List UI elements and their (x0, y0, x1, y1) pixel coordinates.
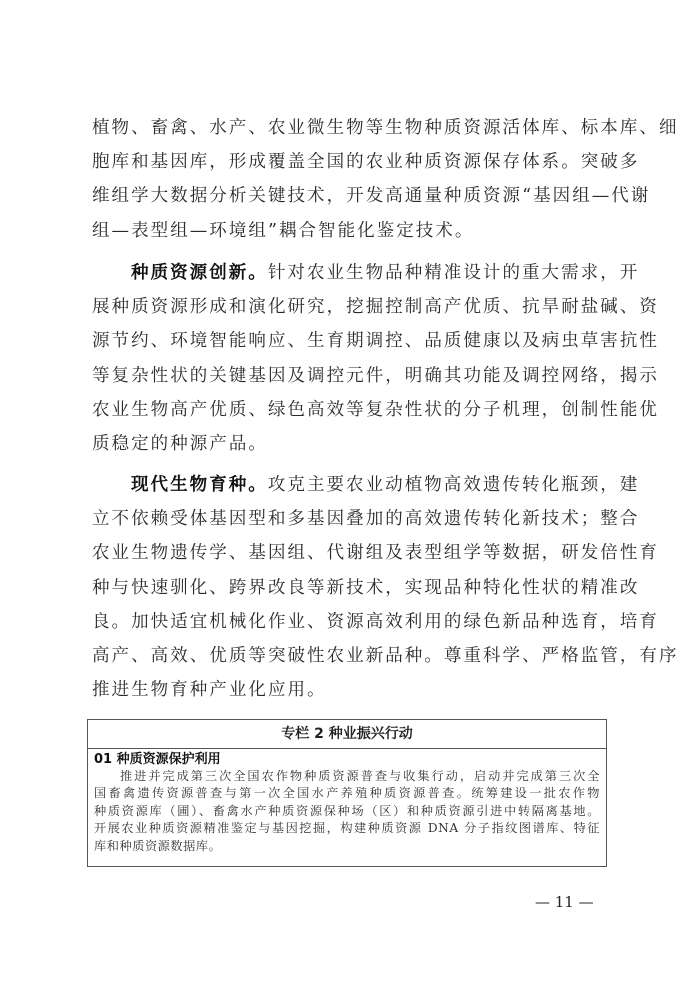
column-box-seed-industry: 专栏 2 种业振兴行动 01 种质资源保护利用 推进并完成第三次全国农作物种质资… (87, 719, 607, 867)
column-item-body: 推进并完成第三次全国农作物种质资源普查与收集行动，启动并完成第三次全 国畜禽遗传… (88, 768, 606, 855)
paragraph-germplasm-preservation: 植物、畜禽、水产、农业微生物等生物种质资源活体库、标本库、细 胞库和基因库，形成… (92, 111, 612, 248)
column-box-title: 专栏 2 种业振兴行动 (88, 720, 606, 749)
text-line: 立不依赖受体基因型和多基因叠加的高效遗传转化新技术；整合 (92, 502, 612, 536)
text-line: 现代生物育种。攻克主要农业动植物高效遗传转化瓶颈，建 (92, 468, 612, 502)
text-line: 农业生物高产优质、绿色高效等复杂性状的分子机理，创制性能优 (92, 393, 612, 427)
section-heading-breeding: 现代生物育种。 (131, 475, 268, 495)
text-line: 良。加快适宜机械化作业、资源高效利用的绿色新品种选育，培育 (92, 605, 612, 639)
text-line: 维组学大数据分析关键技术，开发高通量种质资源“基因组—代谢 (92, 179, 612, 213)
column-item-heading: 01 种质资源保护利用 (88, 749, 606, 768)
text-line: 开展农业种质资源精准鉴定与基因挖掘，构建种质资源 DNA 分子指纹图谱库、特征 (94, 820, 600, 837)
text-line: 推进生物育种产业化应用。 (92, 673, 612, 707)
text-line: 推进并完成第三次全国农作物种质资源普查与收集行动，启动并完成第三次全 (94, 768, 600, 785)
text-line: 高产、高效、优质等突破性农业新品种。尊重科学、严格监管，有序 (92, 639, 612, 673)
text-line: 种与快速驯化、跨界改良等新技术，实现品种特化性状的精准改 (92, 571, 612, 605)
text-line: 种质资源库（圃）、畜禽水产种质资源保种场（区）和种质资源引进中转隔离基地。 (94, 803, 600, 820)
text-fragment: 攻克主要农业动植物高效遗传转化瓶颈，建 (268, 475, 639, 495)
text-line: 胞库和基因库，形成覆盖全国的农业种质资源保存体系。突破多 (92, 145, 612, 179)
paragraph-modern-breeding: 现代生物育种。攻克主要农业动植物高效遗传转化瓶颈，建 立不依赖受体基因型和多基因… (92, 468, 612, 707)
page-number: — 11 — (535, 893, 594, 911)
text-line: 库和种质资源数据库。 (94, 838, 600, 855)
paragraph-germplasm-innovation: 种质资源创新。针对农业生物品种精准设计的重大需求，开 展种质资源形成和演化研究，… (92, 256, 612, 461)
text-line: 组—表型组—环境组”耦合智能化鉴定技术。 (92, 214, 612, 248)
text-line: 展种质资源形成和演化研究，挖掘控制高产优质、抗旱耐盐碱、资 (92, 290, 612, 324)
text-line: 国畜禽遗传资源普查与第一次全国水产养殖种质资源普查。统筹建设一批农作物 (94, 785, 600, 802)
text-line: 种质资源创新。针对农业生物品种精准设计的重大需求，开 (92, 256, 612, 290)
text-fragment: 针对农业生物品种精准设计的重大需求，开 (268, 263, 639, 283)
text-line: 质稳定的种源产品。 (92, 427, 612, 461)
section-heading-innovation: 种质资源创新。 (131, 263, 268, 283)
text-line: 源节约、环境智能响应、生育期调控、品质健康以及病虫草害抗性 (92, 324, 612, 358)
text-line: 等复杂性状的关键基因及调控元件，明确其功能及调控网络，揭示 (92, 359, 612, 393)
text-line: 农业生物遗传学、基因组、代谢组及表型组学等数据，研发倍性育 (92, 536, 612, 570)
text-line: 植物、畜禽、水产、农业微生物等生物种质资源活体库、标本库、细 (92, 111, 612, 145)
